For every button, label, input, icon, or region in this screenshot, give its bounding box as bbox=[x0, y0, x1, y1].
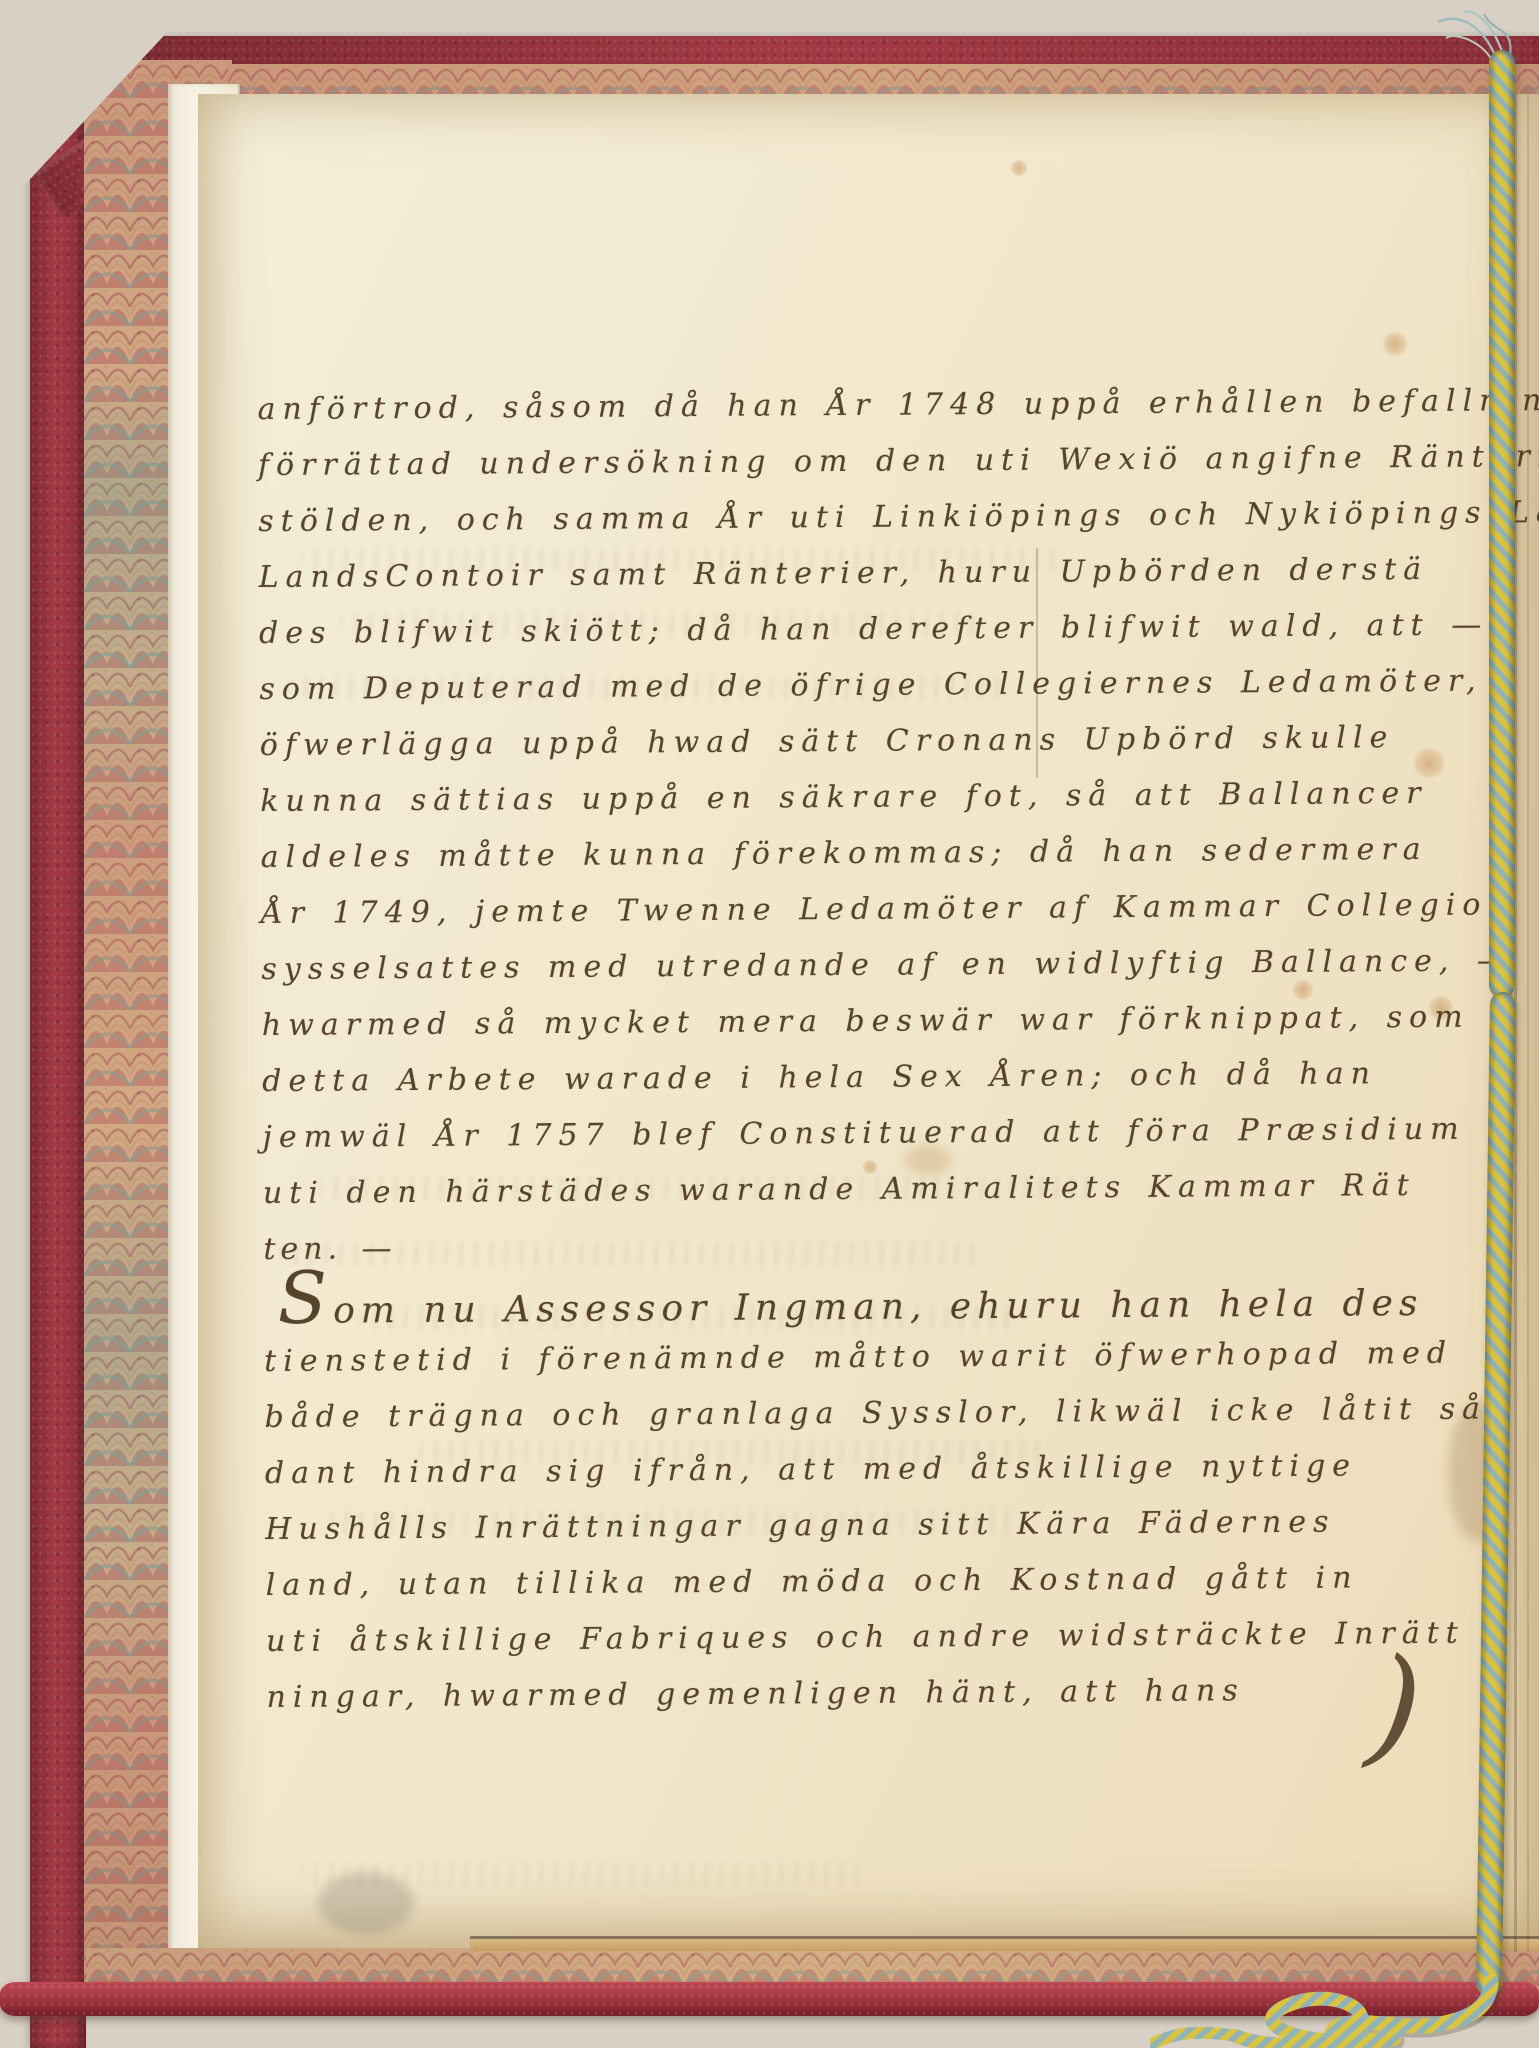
manuscript-line: År 1749, jemte Twenne Ledamöter af Kamma… bbox=[261, 878, 1421, 942]
manuscript-line: både trägna och granlaga Sysslor, likwäl… bbox=[264, 1382, 1424, 1446]
gutter-crease bbox=[1527, 94, 1529, 1952]
manuscript-line: anförtrod, såsom då han År 1748 uppå erh… bbox=[257, 374, 1417, 438]
manuscript-line: som Deputerad med de öfrige Collegiernes… bbox=[259, 654, 1419, 718]
manuscript-line: uti åtskillige Fabriques och andre widst… bbox=[266, 1606, 1426, 1670]
manuscript-line: hwarmed så mycket mera beswär war förkni… bbox=[262, 990, 1422, 1054]
manuscript-line: ten. — bbox=[263, 1214, 1423, 1278]
manuscript-line: jemwäl År 1757 blef Constituerad att för… bbox=[262, 1102, 1422, 1166]
manuscript-text-block: anförtrod, såsom då han År 1748 uppå erh… bbox=[257, 374, 1426, 1726]
manuscript-line: Hushålls Inrättningar gagna sitt Kära Fä… bbox=[265, 1494, 1425, 1558]
manuscript-line: dant hindra sig ifrån, att med åtskillig… bbox=[265, 1438, 1425, 1502]
manuscript-line: kunna sättias uppå en säkrare fot, så at… bbox=[260, 766, 1420, 830]
manuscript-line: land, utan tillika med möda och Kostnad … bbox=[266, 1550, 1426, 1614]
leather-spine-edge-left bbox=[30, 118, 86, 2048]
manuscript-line: LandsContoir samt Ränterier, huru Upbörd… bbox=[258, 542, 1418, 606]
manuscript-line-paragraph-start: Som nu Assessor Ingman, ehuru han hela d… bbox=[278, 1270, 1424, 1334]
cord-tassel-loops bbox=[1150, 1940, 1539, 2048]
manuscript-line: förrättad undersökning om den uti Wexiö … bbox=[258, 430, 1418, 494]
manuscript-line: tienstetid i förenämnde måtto warit öfwe… bbox=[264, 1326, 1424, 1390]
pencil-smudge bbox=[318, 1872, 414, 1934]
manuscript-line: stölden, och samma År uti Linkiöpings oc… bbox=[258, 486, 1418, 550]
manuscript-line: detta Arbete warade i hela Sex Åren; och… bbox=[262, 1046, 1422, 1110]
foxing-spot bbox=[1382, 332, 1408, 356]
manuscript-line: sysselsattes med utredande af en widlyft… bbox=[261, 934, 1421, 998]
bookmark-cord bbox=[1489, 50, 1515, 998]
manuscript-line: des blifwit skiött; då han derefter blif… bbox=[259, 598, 1419, 662]
scanned-book-page: { "manuscript": { "lines": [ "anförtrod,… bbox=[0, 0, 1539, 2048]
manuscript-line: uti den härstädes warande Amiralitets Ka… bbox=[263, 1158, 1423, 1222]
manuscript-line: aldeles måtte kunna förekommas; då han s… bbox=[260, 822, 1420, 886]
manuscript-line: ningar, hwarmed gemenligen hänt, att han… bbox=[266, 1662, 1426, 1726]
manuscript-line: öfwerlägga uppå hwad sätt Cronans Upbörd… bbox=[260, 710, 1420, 774]
foxing-spot bbox=[1010, 160, 1028, 176]
